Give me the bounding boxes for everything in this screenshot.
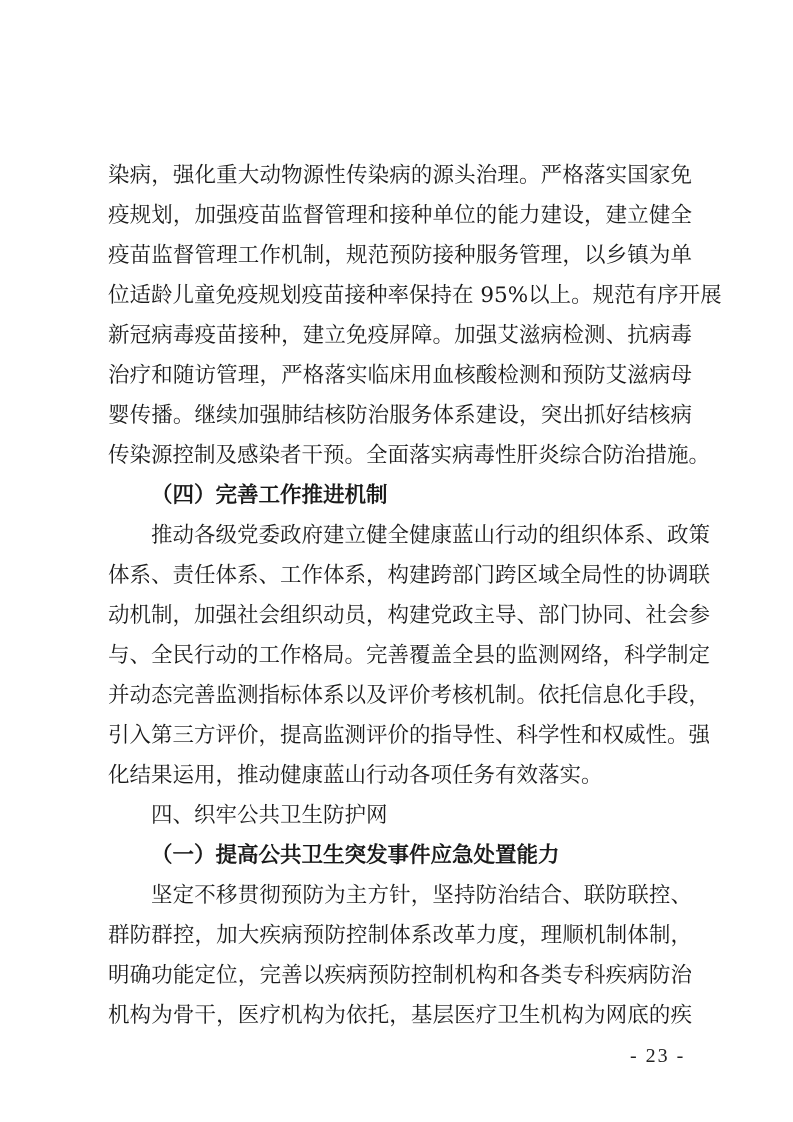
document-page: 染病，强化重大动物源性传染病的源头治理。严格落实国家免 疫规划，加强疫苗监督管理…	[108, 156, 692, 1036]
paragraph-line: 推动各级党委政府建立健全健康蓝山行动的组织体系、政策	[108, 516, 692, 556]
paragraph-line: 婴传播。继续加强肺结核防治服务体系建设，突出抓好结核病	[108, 396, 692, 436]
paragraph-line: 引入第三方评价，提高监测评价的指导性、科学性和权威性。强	[108, 716, 692, 756]
paragraph-line: 疫苗监督管理工作机制，规范预防接种服务管理，以乡镇为单	[108, 236, 692, 276]
paragraph-line: 动机制，加强社会组织动员，构建党政主导、部门协同、社会参	[108, 596, 692, 636]
paragraph-line: 并动态完善监测指标体系以及评价考核机制。依托信息化手段，	[108, 676, 692, 716]
paragraph-line: 群防群控，加大疾病预防控制体系改革力度，理顺机制体制，	[108, 916, 692, 956]
paragraph-line: 新冠病毒疫苗接种，建立免疫屏障。加强艾滋病检测、抗病毒	[108, 316, 692, 356]
paragraph-line: 染病，强化重大动物源性传染病的源头治理。严格落实国家免	[108, 156, 692, 196]
subsection-heading: （一）提高公共卫生突发事件应急处置能力	[108, 836, 692, 876]
paragraph-line: 体系、责任体系、工作体系，构建跨部门跨区域全局性的协调联	[108, 556, 692, 596]
paragraph-line: 化结果运用，推动健康蓝山行动各项任务有效落实。	[108, 756, 692, 796]
paragraph-line: 位适龄儿童免疫规划疫苗接种率保持在 95%以上。规范有序开展	[108, 276, 692, 316]
paragraph-line: 与、全民行动的工作格局。完善覆盖全县的监测网络，科学制定	[108, 636, 692, 676]
chapter-heading: 四、织牢公共卫生防护网	[108, 796, 692, 836]
paragraph-line: 机构为骨干，医疗机构为依托，基层医疗卫生机构为网底的疾	[108, 996, 692, 1036]
paragraph-line: 传染源控制及感染者干预。全面落实病毒性肝炎综合防治措施。	[108, 436, 692, 476]
page-number: - 23 -	[630, 1045, 685, 1068]
paragraph-line: 明确功能定位，完善以疾病预防控制机构和各类专科疾病防治	[108, 956, 692, 996]
paragraph-line: 治疗和随访管理，严格落实临床用血核酸检测和预防艾滋病母	[108, 356, 692, 396]
paragraph-line: 坚定不移贯彻预防为主方针，坚持防治结合、联防联控、	[108, 876, 692, 916]
paragraph-line: 疫规划，加强疫苗监督管理和接种单位的能力建设，建立健全	[108, 196, 692, 236]
section-heading: （四）完善工作推进机制	[108, 476, 692, 516]
